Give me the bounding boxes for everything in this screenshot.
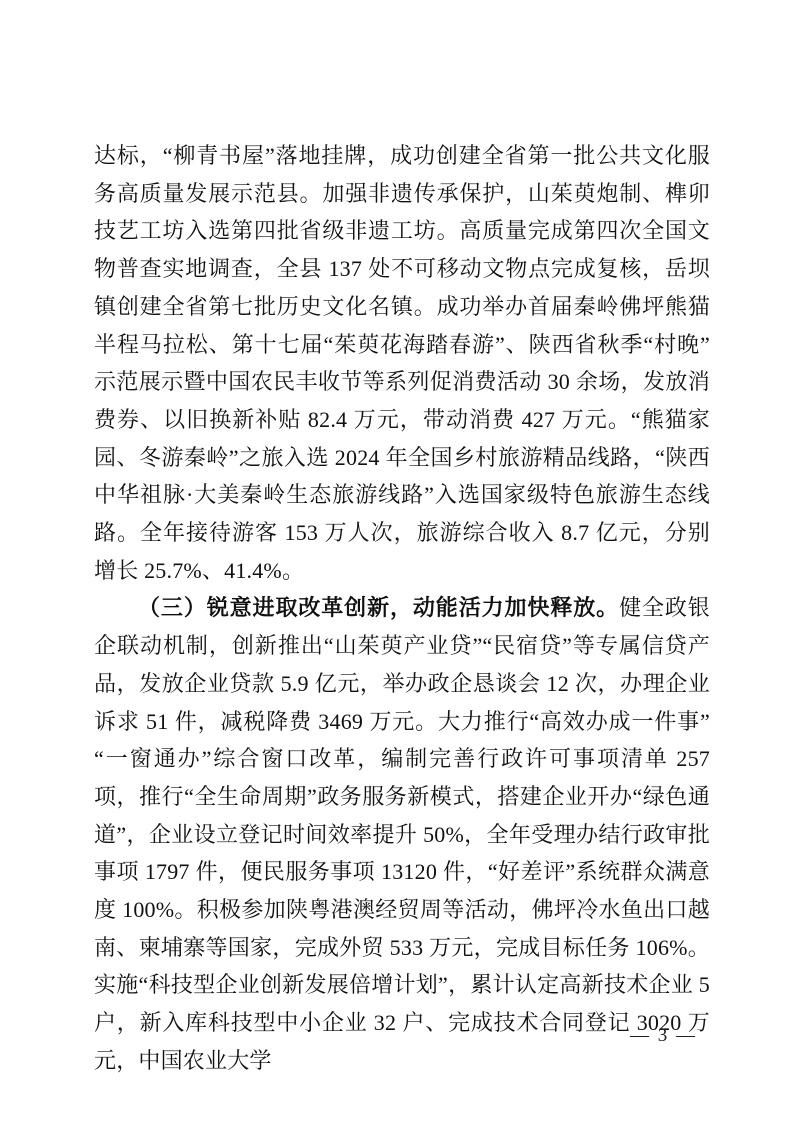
section-three-body-text: 健全政银企联动机制，创新推出“山茱萸产业贷”“民宿贷”等专属信贷产品，发放企业贷… [94, 595, 710, 1072]
paragraph-continuation-text: 达标，“柳青书屋”落地挂牌，成功创建全省第一批公共文化服务高质量发展示范县。加强… [94, 143, 710, 583]
document-page: 达标，“柳青书屋”落地挂牌，成功创建全省第一批公共文化服务高质量发展示范县。加强… [0, 0, 793, 1122]
section-three-heading: （三）锐意进取改革创新，动能活力加快释放。 [138, 595, 619, 620]
page-number: — 3 — [630, 1024, 697, 1048]
paragraph-section-three: （三）锐意进取改革创新，动能活力加快释放。健全政银企联动机制，创新推出“山茱萸产… [94, 589, 710, 1079]
document-body: 达标，“柳青书屋”落地挂牌，成功创建全省第一批公共文化服务高质量发展示范县。加强… [94, 137, 710, 1080]
paragraph-continuation: 达标，“柳青书屋”落地挂牌，成功创建全省第一批公共文化服务高质量发展示范县。加强… [94, 137, 710, 589]
